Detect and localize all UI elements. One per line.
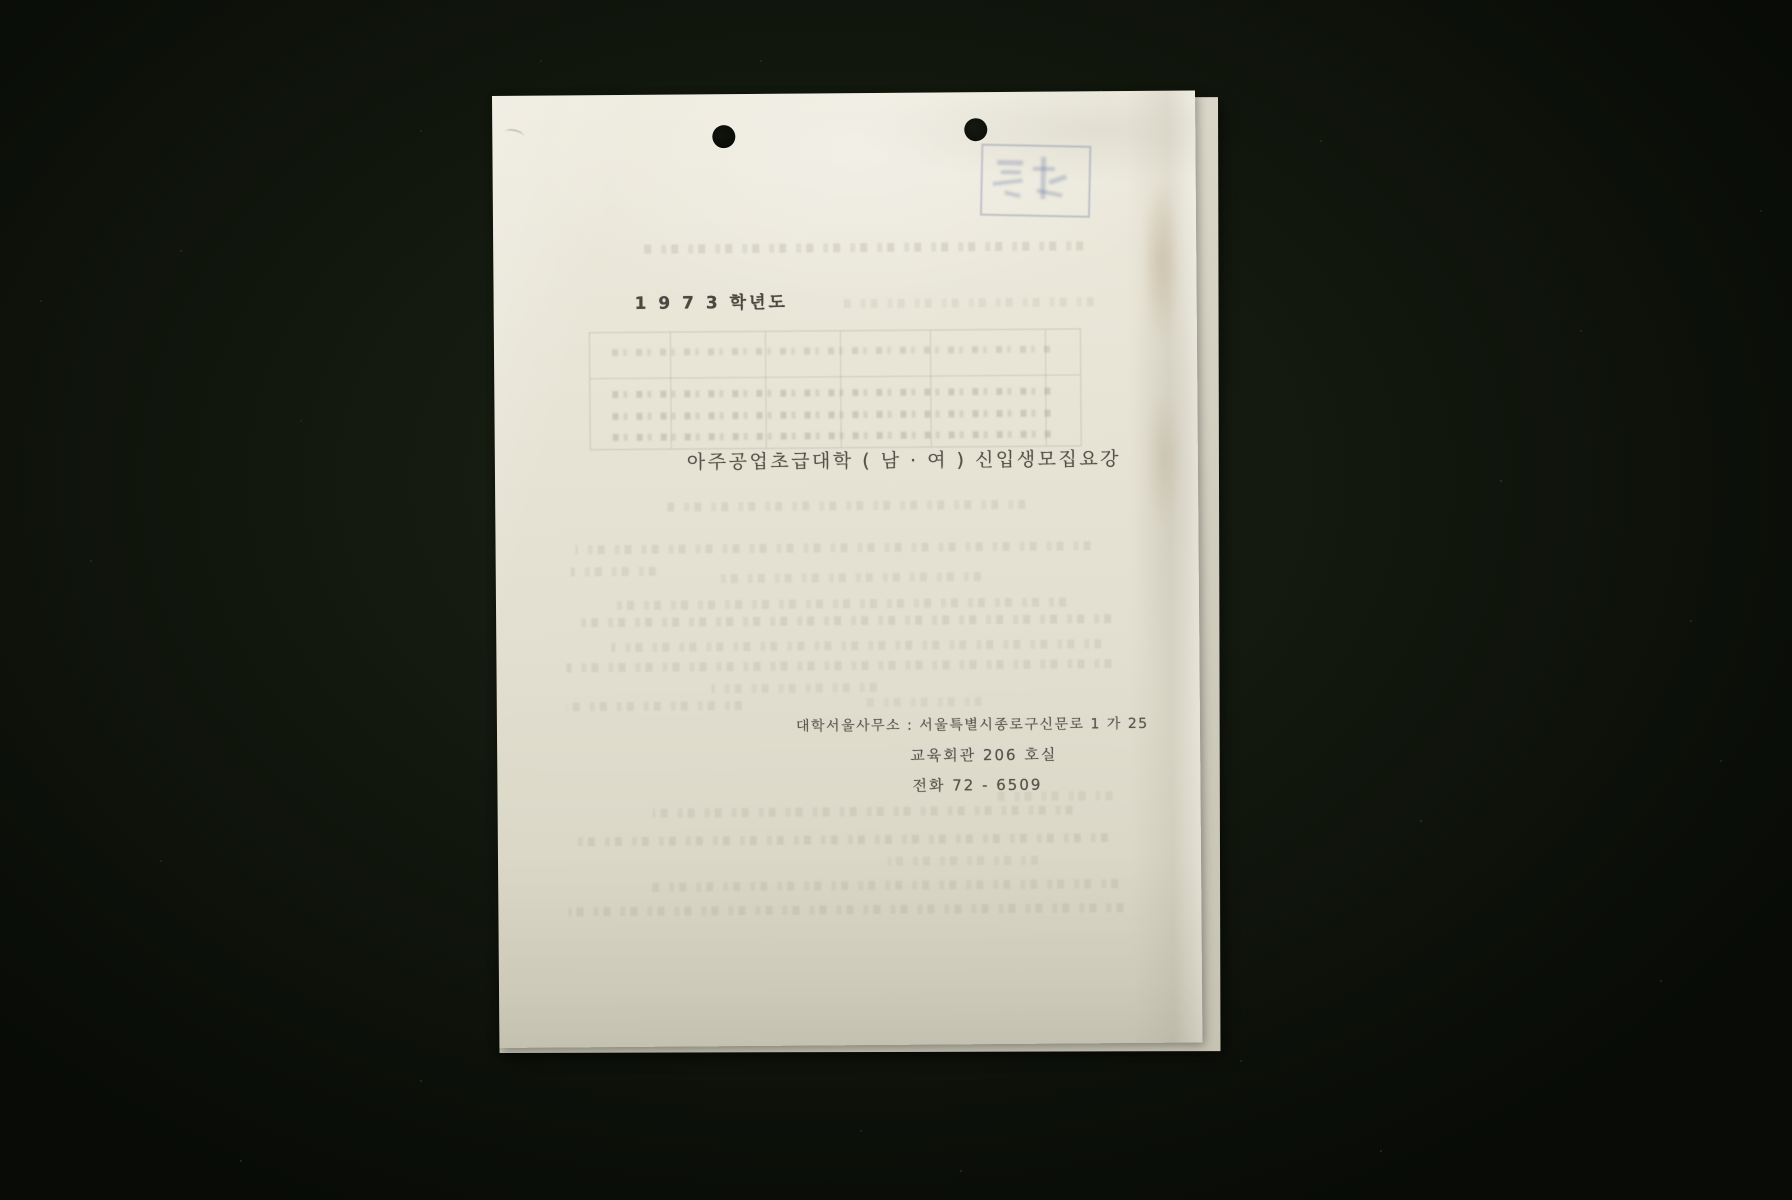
- bleedthrough-line: [712, 683, 877, 693]
- bleedthrough-line: [888, 856, 1038, 866]
- bleedthrough-line: [867, 697, 982, 707]
- bleedthrough-line: [643, 241, 1083, 253]
- paper-stain-right: [1144, 391, 1181, 526]
- bleedthrough-line: [568, 833, 1108, 846]
- bleedthrough-line: [567, 701, 742, 711]
- office-room-line: 교육회관 206 호실: [910, 744, 1057, 766]
- bleedthrough-line: [653, 805, 1073, 817]
- blue-ink-stamp: [980, 144, 1091, 218]
- bleedthrough-line: [576, 541, 1091, 554]
- punch-hole-left: [712, 125, 735, 148]
- paper-sheet: 1 9 7 3 학년도 아주공업초급대학 ( 남 · 여 ) 신입생모집요강 대…: [492, 90, 1202, 1047]
- bleedthrough-line: [571, 567, 656, 577]
- bleedthrough-line: [648, 879, 1118, 892]
- bleedthrough-line: [566, 659, 1111, 672]
- office-phone-line: 전화 72 - 6509: [912, 774, 1042, 796]
- paper-stain-top-right: [1141, 179, 1182, 344]
- bleedthrough-line: [665, 500, 1025, 512]
- bleedthrough-line: [844, 297, 1094, 308]
- bleedthrough-table: [589, 328, 1082, 450]
- bleedthrough-line: [711, 572, 981, 583]
- office-address-line: 대학서울사무소 : 서울특별시종로구신문로 1 가 25: [796, 713, 1149, 736]
- bleedthrough-line: [581, 614, 1111, 627]
- punch-hole-right: [964, 118, 987, 141]
- document-title: 아주공업초급대학 ( 남 · 여 ) 신입생모집요강: [687, 444, 1121, 474]
- background-noise: [0, 0, 2, 2]
- bleedthrough-line: [611, 598, 1066, 611]
- photo-background: 1 9 7 3 학년도 아주공업초급대학 ( 남 · 여 ) 신입생모집요강 대…: [0, 0, 1792, 1200]
- bleedthrough-line: [611, 639, 1101, 652]
- academic-year-text: 1 9 7 3 학년도: [635, 288, 788, 314]
- bleedthrough-line: [568, 903, 1123, 916]
- pencil-mark: [504, 128, 526, 141]
